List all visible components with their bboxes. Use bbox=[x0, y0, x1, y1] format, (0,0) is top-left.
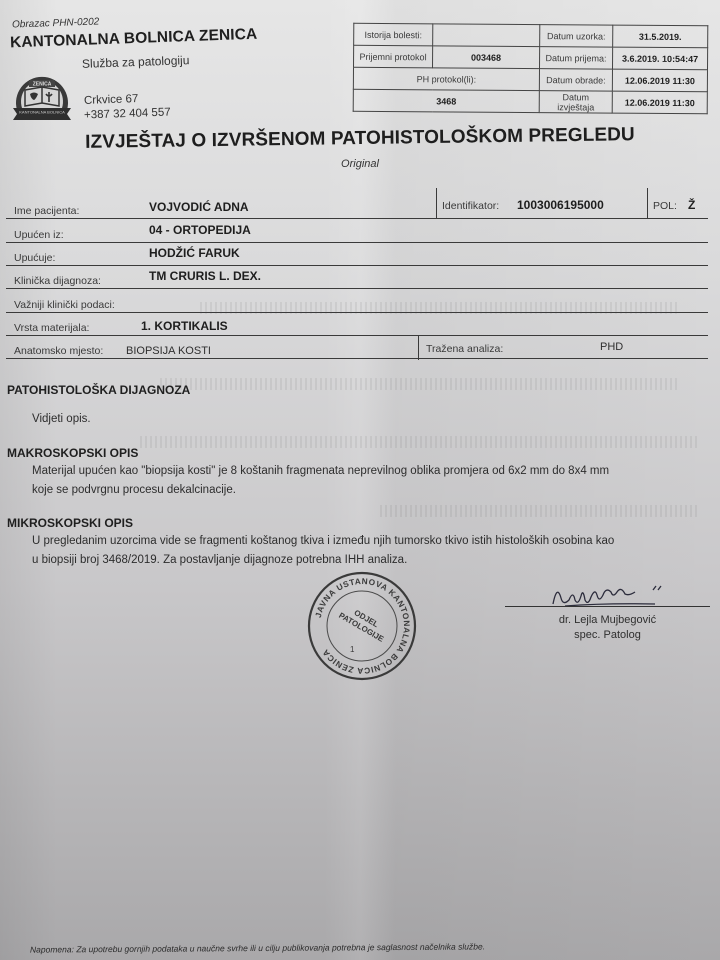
patient-name-value: VOJVODIĆ ADNA bbox=[149, 200, 249, 214]
signature-scribble bbox=[545, 582, 675, 612]
logo-banner-text: KANTONALNA BOLNICA bbox=[19, 110, 65, 115]
datum-izvjestaja-label: Datum izvještaja bbox=[539, 91, 612, 114]
patient-name-label: Ime pacijenta: bbox=[14, 205, 79, 217]
footer-note: Napomena: Za upotrebu gornjih podataka u… bbox=[30, 941, 485, 954]
clinical-diagnosis-value: TM CRURIS L. DEX. bbox=[149, 269, 261, 283]
sex-value: Ž bbox=[688, 198, 695, 212]
datum-uzorka-value: 31.5.2019. bbox=[613, 25, 708, 48]
hospital-phone: +387 32 404 557 bbox=[84, 106, 171, 121]
identifier-value: 1003006195000 bbox=[517, 198, 604, 212]
datum-uzorka-label: Datum uzorka: bbox=[540, 25, 613, 48]
section-heading-macroscopic: MAKROSKOPSKI OPIS bbox=[7, 446, 138, 460]
clinical-diagnosis-row: Klinička dijagnoza: TM CRURIS L. DEX. bbox=[6, 268, 708, 289]
referred-by-label: Upućuje: bbox=[14, 252, 55, 264]
prijemni-protokol-label: Prijemni protokol bbox=[354, 45, 433, 68]
clinical-data-row: Važniji klinički podaci: bbox=[6, 292, 708, 313]
datum-izvjestaja-value: 12.06.2019 11:30 bbox=[612, 91, 707, 114]
datum-obrade-value: 12.06.2019 11:30 bbox=[612, 69, 707, 92]
section-heading-diagnosis: PATOHISTOLOŠKA DIJAGNOZA bbox=[7, 383, 190, 397]
ph-protokol-label: PH protokol(li): bbox=[353, 67, 539, 90]
referred-from-label: Upućen iz: bbox=[14, 229, 64, 241]
form-code: Obrazac PHN-0202 bbox=[12, 16, 100, 30]
clinical-diagnosis-label: Klinička dijagnoza: bbox=[14, 275, 101, 287]
istorija-bolesti-label: Istorija bolesti: bbox=[354, 23, 433, 46]
stamp-number: 1 bbox=[350, 645, 355, 654]
identifier-label: Identifikator: bbox=[442, 200, 499, 212]
field-divider bbox=[418, 336, 419, 360]
microscopic-line: U pregledanim uzorcima vide se fragmenti… bbox=[32, 532, 702, 551]
material-type-row: Vrsta materijala: 1. KORTIKALIS bbox=[6, 315, 708, 336]
anatomic-site-label: Anatomsko mjesto: bbox=[14, 345, 103, 357]
print-noise bbox=[380, 505, 700, 517]
requested-analysis-value: PHD bbox=[600, 341, 623, 353]
signature-line bbox=[505, 606, 710, 607]
doctor-name: dr. Lejla Mujbegović bbox=[505, 614, 710, 626]
clinical-data-label: Važniji klinički podaci: bbox=[14, 299, 115, 311]
section-body-diagnosis: Vidjeti opis. bbox=[32, 410, 702, 429]
service-name: Služba za patologiju bbox=[82, 53, 190, 71]
report-copy-type: Original bbox=[0, 158, 720, 170]
material-type-label: Vrsta materijala: bbox=[14, 322, 89, 334]
sex-label: POL: bbox=[653, 200, 677, 212]
doctor-title: spec. Patolog bbox=[505, 629, 710, 641]
ph-protokol-value: 3468 bbox=[353, 89, 539, 112]
macroscopic-line: koje se podvrgnu procesu dekalcinacije. bbox=[32, 481, 702, 500]
hospital-name: KANTONALNA BOLNICA ZENICA bbox=[10, 26, 258, 53]
anatomic-site-row: Anatomsko mjesto: BIOPSIJA KOSTI Tražena… bbox=[6, 338, 708, 359]
section-body-macroscopic: Materijal upućen kao "biopsija kosti" je… bbox=[32, 462, 702, 500]
datum-prijema-label: Datum prijema: bbox=[539, 47, 612, 70]
patient-name-row: Ime pacijenta: VOJVODIĆ ADNA Identifikat… bbox=[6, 198, 708, 219]
istorija-bolesti-value bbox=[433, 24, 540, 47]
section-heading-microscopic: MIKROSKOPSKI OPIS bbox=[7, 516, 133, 530]
anatomic-site-value: BIOPSIJA KOSTI bbox=[126, 345, 211, 357]
print-noise bbox=[140, 436, 700, 448]
datum-obrade-label: Datum obrade: bbox=[539, 69, 612, 92]
hospital-crest-icon: ZENICA KANTONALNA BOLNICA bbox=[9, 66, 75, 126]
report-title: IZVJEŠTAJ O IZVRŠENOM PATOHISTOLOŠKOM PR… bbox=[0, 123, 720, 155]
print-noise bbox=[160, 378, 680, 390]
microscopic-line: u biopsiji broj 3468/2019. Za postavljan… bbox=[32, 551, 702, 570]
macroscopic-line: Materijal upućen kao "biopsija kosti" je… bbox=[32, 462, 702, 481]
official-stamp-icon: JAVNA USTANOVA KANTONALNA BOLNICA ZENICA… bbox=[306, 570, 418, 682]
referred-from-value: 04 - ORTOPEDIJA bbox=[149, 223, 251, 237]
prijemni-protokol-value: 003468 bbox=[433, 46, 540, 69]
field-divider bbox=[647, 188, 648, 219]
material-type-value: 1. KORTIKALIS bbox=[141, 319, 228, 333]
referred-from-row: Upućen iz: 04 - ORTOPEDIJA bbox=[6, 222, 708, 243]
referred-by-value: HODŽIĆ FARUK bbox=[149, 246, 240, 260]
diagnosis-line: Vidjeti opis. bbox=[32, 410, 702, 429]
datum-prijema-value: 3.6.2019. 10:54:47 bbox=[612, 47, 707, 70]
requested-analysis-label: Tražena analiza: bbox=[426, 343, 503, 355]
protocol-info-table: Istorija bolesti: Datum uzorka: 31.5.201… bbox=[353, 23, 709, 114]
field-divider bbox=[436, 188, 437, 219]
hospital-address: Crkvice 67 bbox=[84, 93, 139, 107]
referred-by-row: Upućuje: HODŽIĆ FARUK bbox=[6, 245, 708, 266]
section-body-microscopic: U pregledanim uzorcima vide se fragmenti… bbox=[32, 532, 702, 570]
